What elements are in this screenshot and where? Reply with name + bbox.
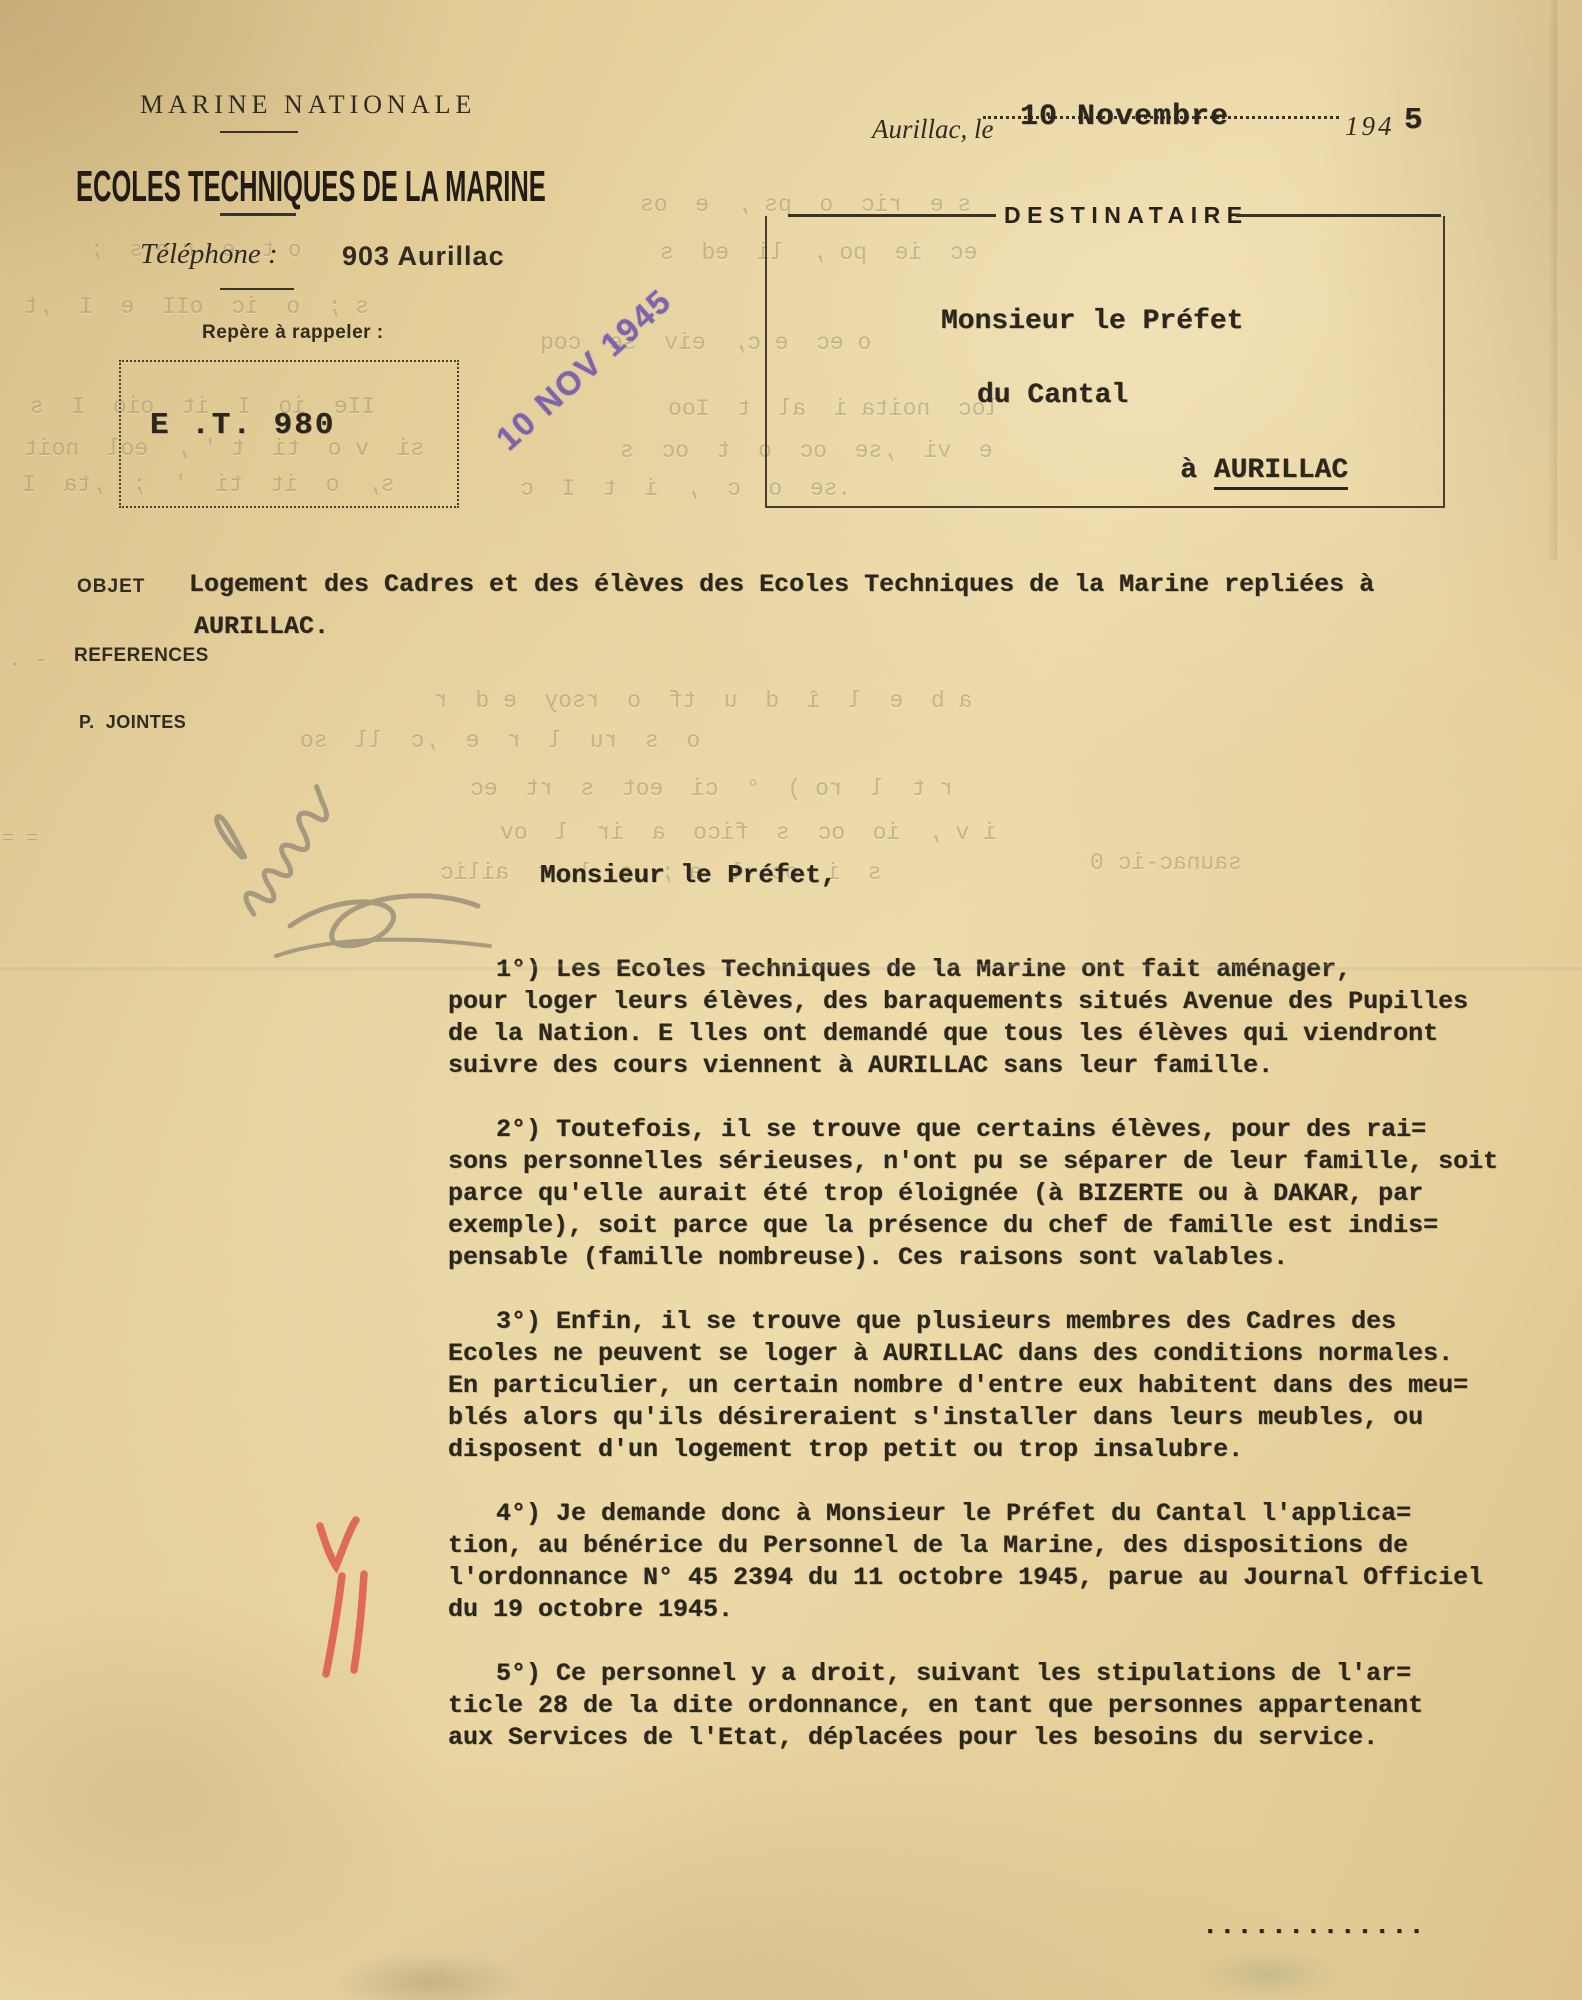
department-underline: [220, 213, 296, 216]
objet-line-1: Logement des Cadres et des élèves des Ec…: [189, 570, 1374, 599]
salutation: Monsieur le Préfet,: [540, 860, 836, 890]
phone-label: Téléphone :: [140, 238, 278, 271]
body-paragraph: 4°) Je demande donc à Monsieur le Préfet…: [448, 1498, 1533, 1626]
typed-line: exemple), soit parce que la présence du …: [448, 1210, 1533, 1242]
bleedthrough-fragment: saunac-ic 0: [1090, 850, 1242, 876]
recipient-line-1: Monsieur le Préfet: [941, 306, 1243, 337]
body-paragraph: 3°) Enfin, il se trouve que plusieurs me…: [448, 1306, 1533, 1466]
typed-line: 2°) Toutefois, il se trouve que certains…: [448, 1114, 1533, 1146]
dateline-place: Aurillac, le: [872, 114, 993, 145]
objet-label: OBJET: [77, 576, 145, 598]
bleedthrough-fragment: a b e l î d u tf o rsoy e d r: [434, 688, 972, 714]
typed-line: pour loger leurs élèves, des baraquement…: [448, 986, 1533, 1018]
paper-crease-vertical: [1548, 0, 1557, 560]
reference-label: Repère à rappeler :: [202, 322, 384, 344]
typed-line: ticle 28 de la dite ordonnance, en tant …: [448, 1690, 1533, 1722]
dateline-date-typed: 10 Novembre: [1020, 100, 1229, 134]
reference-value: E .T. 980: [150, 408, 335, 443]
dateline-year-typed: 5: [1404, 103, 1423, 138]
typed-line: Ecoles ne peuvent se loger à AURILLAC da…: [448, 1338, 1533, 1370]
department-title: ECOLES TECHNIQUES DE LA MARINE: [76, 162, 546, 212]
typed-line: du 19 octobre 1945.: [448, 1594, 1533, 1626]
typed-line: aux Services de l'Etat, déplacées pour l…: [448, 1722, 1533, 1754]
recipient-line-2: du Cantal: [977, 380, 1128, 411]
body-paragraph: 1°) Les Ecoles Techniques de la Marine o…: [448, 954, 1533, 1082]
typed-line: de la Nation. E lles ont demandé que tou…: [448, 1018, 1533, 1050]
letter-body: 1°) Les Ecoles Techniques de la Marine o…: [448, 954, 1533, 1786]
recipient-line-3: à AURILLAC: [1113, 424, 1348, 517]
red-crayon-mark: [308, 1514, 388, 1679]
bleedthrough-fragment: r t l ro ) ° ci eot s rt ec: [470, 776, 953, 802]
typed-line: sons personnelles sérieuses, n'ont pu se…: [448, 1146, 1533, 1178]
body-paragraph: 2°) Toutefois, il se trouve que certains…: [448, 1114, 1533, 1274]
bleedthrough-fragment: - .: [8, 648, 48, 673]
phone-value: 903 Aurillac: [342, 241, 505, 272]
typed-line: 5°) Ce personnel y a droit, suivant les …: [448, 1658, 1533, 1690]
typed-line: 3°) Enfin, il se trouve que plusieurs me…: [448, 1306, 1533, 1338]
bleedthrough-fragment: = =: [2, 828, 38, 851]
date-stamp: 10 NOV 1945: [489, 276, 685, 458]
bleedthrough-fragment: i v , io oc s fico a ir l ov: [500, 820, 997, 846]
typed-line: suivre des cours viennent à AURILLAC san…: [448, 1050, 1533, 1082]
typed-line: pensable (famille nombreuse). Ces raison…: [448, 1242, 1533, 1274]
typed-line: blés alors qu'ils désireraient s'install…: [448, 1402, 1533, 1434]
paper-crease-horizontal: [0, 964, 1582, 971]
typed-line: tion, au bénérice du Personnel de la Mar…: [448, 1530, 1533, 1562]
typed-line: En particulier, un certain nombre d'entr…: [448, 1370, 1533, 1402]
closing-dots: .............: [1202, 1912, 1426, 1942]
typed-line: disposent d'un logement trop petit ou tr…: [448, 1434, 1533, 1466]
typed-line: 4°) Je demande donc à Monsieur le Préfet…: [448, 1498, 1533, 1530]
recipient-city: AURILLAC: [1214, 455, 1348, 490]
organization-title: MARINE NATIONALE: [140, 90, 476, 120]
phone-underline: [220, 288, 294, 290]
recipient-city-prefix: à: [1180, 455, 1214, 486]
body-paragraph: 5°) Ce personnel y a droit, suivant les …: [448, 1658, 1533, 1754]
organization-underline: [220, 131, 298, 133]
dateline-year-printed: 194: [1345, 111, 1395, 142]
typed-line: parce qu'elle aurait été trop éloignée (…: [448, 1178, 1533, 1210]
scanned-letter-page: s e ric o ps , e oso t e r e s ;ec ie po…: [0, 0, 1582, 2000]
typed-line: l'ordonnance N° 45 2394 du 11 octobre 19…: [448, 1562, 1533, 1594]
bleedthrough-fragment: s ; o ic oII e I ,t: [24, 294, 369, 320]
